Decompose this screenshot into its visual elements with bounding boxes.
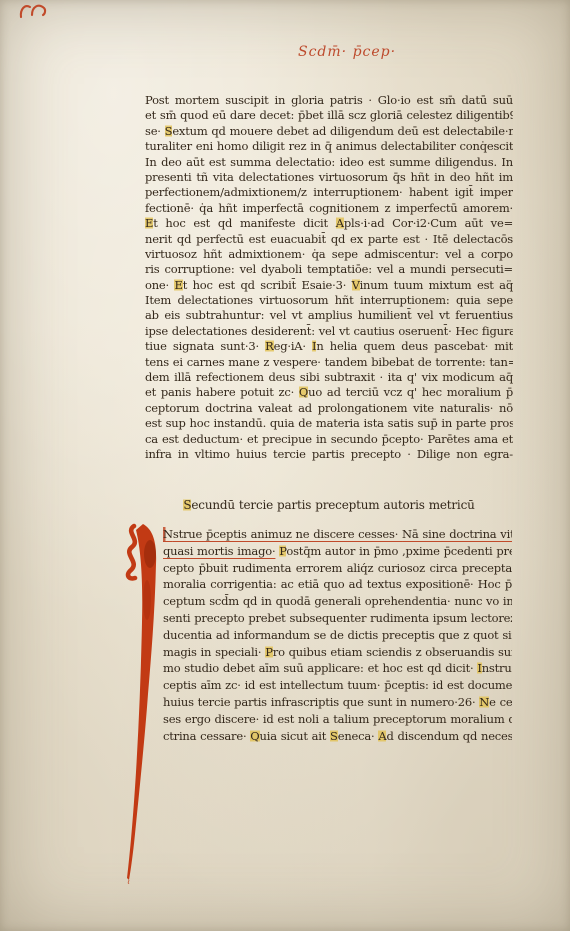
text-line: nerit qd perfectū est euacuabit̄ qd ex p…	[145, 232, 513, 247]
text-line: ceptorum doctrina valeat ad prolongation…	[145, 401, 513, 416]
rubricated-capital: E	[174, 278, 182, 292]
second-paragraph: Nstrue p̄ceptis animuz ne discere cesses…	[163, 526, 512, 744]
text-segment: nstrue p̄	[482, 661, 512, 675]
text-segment: huius tercie partis infrascriptis que su…	[163, 695, 479, 709]
text-line: ceptum scd̄m qd in quodā generali oprehe…	[163, 593, 512, 610]
text-line: quasi mortis imago· Postq̄m autor in p̄m…	[163, 543, 512, 560]
text-segment: ses ergo discere· id est noli a talium p…	[163, 712, 512, 726]
text-segment: tiue signata sunt·3·	[145, 339, 265, 353]
text-segment: cepto p̄buit rudimenta errorem aliq́z cu…	[163, 561, 512, 575]
text-segment: magis in speciali·	[163, 645, 265, 659]
text-line: Et hoc est qd manifeste dicit Apls·i·ad …	[145, 216, 513, 231]
rubricated-capital: Q	[250, 729, 259, 743]
text-line: ca est deductum· et precipue in secundo …	[145, 432, 513, 447]
text-segment: Item delectationes virtuosorum hñt inter…	[145, 293, 513, 307]
text-segment: ostq̄m autor in p̄mo ,pxime p̄cedenti pr…	[286, 544, 512, 558]
manuscript-page: Scdm̄· p̄cep· Post mortem suscipit in gl…	[0, 0, 570, 931]
text-segment: est sup hoc instandū. quia de materia is…	[145, 416, 513, 430]
text-segment: Post mortem suscipit in gloria patris · …	[145, 93, 513, 107]
text-segment: ecundū tercie partis preceptum autoris m…	[191, 498, 474, 512]
text-segment: et panis habere potuit zc·	[145, 385, 299, 399]
text-segment: ca est deductum· et precipue in secundo …	[145, 432, 513, 446]
rubricated-capital: S	[330, 729, 338, 743]
text-segment: ris corruptione: vel dyaboli temptatiōe:…	[145, 262, 513, 276]
text-line: one· Et hoc est qd scribit̄ Esaie·3· Vin…	[145, 278, 513, 293]
text-line: Secundū tercie partis preceptum autoris …	[145, 496, 513, 514]
text-line: ctrina cessare· Quia sicut ait Seneca· A…	[163, 728, 512, 745]
text-segment: virtuosoz hñt admixtionem· q̇a sepe admi…	[145, 247, 513, 261]
text-segment: ceptorum doctrina valeat ad prolongation…	[145, 401, 513, 415]
text-segment: t hoc est qd scribit̄ Esaie·3·	[183, 278, 352, 292]
text-line: moralia corrigentia: ac etiā quo ad text…	[163, 576, 512, 593]
text-segment: ab eis subtrahuntur: vel vt amplius humi…	[145, 308, 513, 322]
main-paragraph: Post mortem suscipit in gloria patris · …	[145, 93, 513, 462]
text-line: perfectionem/admixtionem/z interruptione…	[145, 185, 513, 200]
red-pen-corner-mark-icon	[18, 2, 52, 22]
text-line: tiue signata sunt·3· Reg·iA· In helia qu…	[145, 339, 513, 354]
text-segment: turaliter eni homo diligit rez in q̄ ani…	[145, 139, 513, 153]
text-segment: perfectionem/admixtionem/z interruptione…	[145, 185, 513, 199]
text-segment: n helia quem deus pascebat· mit	[316, 339, 513, 353]
text-line: huius tercie partis infrascriptis que su…	[163, 694, 512, 711]
text-segment: pls·i·ad Cor·i2·Cum aūt ve=	[344, 216, 513, 230]
section-heading: Secundū tercie partis preceptum autoris …	[145, 496, 513, 514]
text-line: presenti tñ vita delectationes virtuosor…	[145, 170, 513, 185]
text-line: turaliter eni homo diligit rez in q̄ ani…	[145, 139, 513, 154]
text-segment: extum qd mouere debet ad diligendum deū …	[172, 124, 513, 138]
text-line: se· Sextum qd mouere debet ad diligendum…	[145, 124, 513, 139]
text-segment: presenti tñ vita delectationes virtuosor…	[145, 170, 513, 184]
text-segment: senti precepto prebet subsequenter rudim…	[163, 611, 512, 625]
text-segment: ipse delectationes desiderent̄: vel vt c…	[145, 324, 513, 338]
text-line: est sup hoc instandū. quia de materia is…	[145, 416, 513, 431]
decorated-initial-i-icon	[121, 522, 167, 884]
text-line: tens ei carnes mane z vespere· tandem bi…	[145, 355, 513, 370]
rubricated-capital: Q	[299, 385, 308, 399]
text-segment: ro quibus etiam sciendis z obseruandis s…	[273, 645, 512, 659]
text-line: dem illā refectionem deus sibi subtraxit…	[145, 370, 513, 385]
red-underlined-text: Nā sine doctrina vita ē	[402, 527, 512, 541]
rubricated-capital: A	[336, 216, 344, 230]
text-line: ris corruptione: vel dyaboli temptatiōe:…	[145, 262, 513, 277]
rubricated-capital: P	[265, 645, 273, 659]
text-segment: nerit qd perfectū est euacuabit̄ qd ex p…	[145, 232, 513, 246]
text-segment: mo studio debet aīm suū applicare: et ho…	[163, 661, 477, 675]
rubricated-capital: E	[145, 216, 153, 230]
rubricated-capital: V	[352, 278, 360, 292]
rubricated-capital: R	[265, 339, 273, 353]
text-line: et panis habere potuit zc· Quo ad terciū…	[145, 385, 513, 400]
text-line: fectionē· q̇a hñt imperfectā cognitionem…	[145, 201, 513, 216]
text-line: ducentia ad informandum se de dictis pre…	[163, 627, 512, 644]
text-segment: se·	[145, 124, 165, 138]
text-segment: eneca·	[338, 729, 379, 743]
text-line: Item delectationes virtuosorum hñt inter…	[145, 293, 513, 308]
text-line: et sm̄ quod eū dare decet: p̄bet illā sc…	[145, 108, 513, 123]
text-line: infra in vltimo huius tercie partis prec…	[145, 447, 513, 462]
text-line: In deo aūt est summa delectatio: ideo es…	[145, 155, 513, 170]
text-line: ab eis subtrahuntur: vel vt amplius humi…	[145, 308, 513, 323]
text-segment: eg·iA·	[274, 339, 312, 353]
text-line: ipse delectationes desiderent̄: vel vt c…	[145, 324, 513, 339]
red-underlined-text: strue p̄ceptis animuz ne discere cesses·	[173, 527, 402, 541]
text-segment: In deo aūt est summa delectatio: ideo es…	[145, 155, 513, 169]
text-line: senti precepto prebet subsequenter rudim…	[163, 610, 512, 627]
text-segment: tens ei carnes mane z vespere· tandem bi…	[145, 355, 513, 369]
text-line: magis in speciali· Pro quibus etiam scie…	[163, 644, 512, 661]
text-line: Post mortem suscipit in gloria patris · …	[145, 93, 513, 108]
text-segment: et sm̄ quod eū dare decet: p̄bet illā sc…	[145, 108, 513, 122]
text-line: virtuosoz hñt admixtionem· q̇a sepe admi…	[145, 247, 513, 262]
text-line: cepto p̄buit rudimenta errorem aliq́z cu…	[163, 560, 512, 577]
text-segment: dem illā refectionem deus sibi subtraxit…	[145, 370, 513, 384]
red-underlined-text: quasi mortis imago·	[163, 544, 275, 558]
text-segment: d discendum qd necesse	[386, 729, 512, 743]
text-segment: ceptum scd̄m qd in quodā generali oprehe…	[163, 594, 512, 608]
text-segment: moralia corrigentia: ac etiā quo ad text…	[163, 577, 512, 591]
text-segment: ctrina cessare·	[163, 729, 250, 743]
text-segment: t hoc est qd manifeste dicit	[153, 216, 336, 230]
text-line: ceptis aīm zc· id est intellectum tuum· …	[163, 677, 512, 694]
text-segment: uia sicut ait	[260, 729, 331, 743]
text-segment: inum tuum mixtum est aq̈	[360, 278, 513, 292]
text-line: Nstrue p̄ceptis animuz ne discere cesses…	[163, 526, 512, 543]
rubricated-capital: N	[479, 695, 489, 709]
text-segment: ceptis aīm zc· id est intellectum tuum· …	[163, 678, 512, 692]
text-segment: ducentia ad informandum se de dictis pre…	[163, 628, 512, 642]
text-segment: one·	[145, 278, 174, 292]
text-segment: fectionē· q̇a hñt imperfectā cognitionem…	[145, 201, 513, 215]
text-line: ses ergo discere· id est noli a talium p…	[163, 711, 512, 728]
text-segment: e ces	[489, 695, 512, 709]
running-header: Scdm̄· p̄cep·	[298, 44, 418, 60]
text-segment: infra in vltimo huius tercie partis prec…	[145, 447, 513, 461]
red-underlined-text: N	[163, 527, 173, 541]
text-line: mo studio debet aīm suū applicare: et ho…	[163, 660, 512, 677]
text-segment: uo ad terciū vcz q' hec moralium p̄	[308, 385, 513, 399]
